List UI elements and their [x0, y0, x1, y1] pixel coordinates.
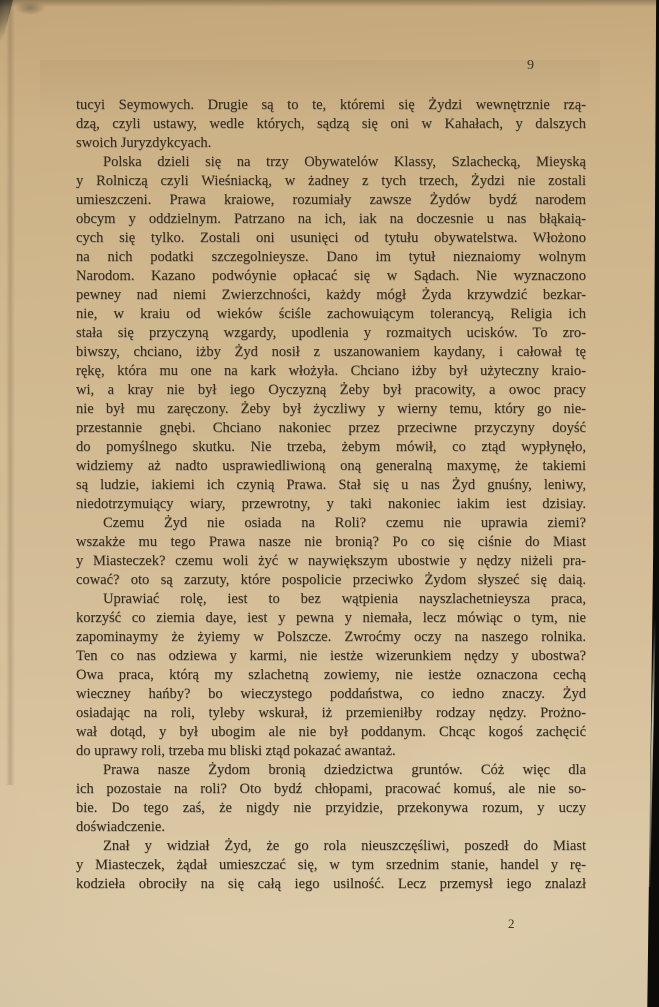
scanned-page: 9 tucyi Seymowych. Drugie są to te, któr…: [0, 0, 659, 1007]
page-number-bottom: 2: [508, 916, 515, 932]
text-line: korzyść co ziemia daye, iest y pewna y n…: [76, 609, 586, 628]
text-line: do pomyślnego skutku. Nie trzeba, żebym …: [76, 438, 586, 457]
text-line: niedotrzymuiący wiary, przewrotny, y tak…: [76, 495, 586, 514]
text-line: Owa praca, którą my szlachetną zowiemy, …: [76, 666, 586, 685]
text-line: dzą, czyli ustawy, wedle których, sądzą …: [76, 115, 586, 134]
scan-edge-shadow-top: [0, 0, 659, 7]
text-line: cych się tylko. Zostali oni usunięci od …: [76, 229, 586, 248]
text-line: biwszy, chciano, iżby Żyd nosił z uszano…: [76, 343, 586, 362]
text-line: kodzieła obrociły na się całą iego usiln…: [76, 875, 586, 894]
text-line: wieczney hańby? bo wieczystego poddaństw…: [76, 685, 586, 704]
text-line: umieszczeni. Prawa kraiowe, rozumiały za…: [76, 191, 586, 210]
text-line: Polska dzieli się na trzy Obywatelów Kla…: [76, 153, 586, 172]
text-line: nie był mu zaręczony. Żeby był życzliwy …: [76, 400, 586, 419]
text-line: cować? oto są zarzuty, które pospolicie …: [76, 571, 586, 590]
page-crease: [6, 0, 15, 785]
text-line: swoich Juryzdykcyach.: [76, 134, 586, 153]
text-line: zapominaymy że żyiemy w Polszcze. Zwroćm…: [76, 628, 586, 647]
text-line: Prawa nasze Żydom bronią dziedzictwa gru…: [76, 761, 586, 780]
text-line: bie. Do tego zaś, że nigdy nie przyidzie…: [76, 799, 586, 818]
text-line: Czemu Żyd nie osiada na Roli? czemu nie …: [76, 514, 586, 533]
text-line: przestannie gnębi. Chciano nakoniec prze…: [76, 419, 586, 438]
text-line: na nich podatki szczegolnieysze. Dano im…: [76, 248, 586, 267]
text-line: rękę, która mu one na kark włożyła. Chci…: [76, 362, 586, 381]
text-line: Znał y widział Żyd, że go rola nieuszczę…: [76, 837, 586, 856]
text-line: ich pozostaie na roli? Oto bydź chłopami…: [76, 780, 586, 799]
text-line: Uprawiać rolę, iest to bez wątpienia nay…: [76, 590, 586, 609]
text-line: pewney nad niemi Zwierzchności, każdy mó…: [76, 286, 586, 305]
page-number-top: 9: [527, 58, 534, 74]
text-line: y Miasteczek? czemu woli żyć w naywiększ…: [76, 552, 586, 571]
text-line: są ludzie, iakiemi ich czynią Prawa. Sta…: [76, 476, 586, 495]
text-line: do uprawy roli, trzeba mu bliski ztąd po…: [76, 742, 586, 761]
text-line: widziemy aż nadto usprawiedliwioną oną g…: [76, 457, 586, 476]
text-column: tucyi Seymowych. Drugie są to te, którem…: [76, 96, 586, 894]
text-line: osiadając na roli, tyleby wskurał, iż pr…: [76, 704, 586, 723]
text-line: obcym y oddzielnym. Patrzano na ich, iak…: [76, 210, 586, 229]
ink-smudge: [15, 1, 45, 15]
text-line: tucyi Seymowych. Drugie są to te, którem…: [76, 96, 586, 115]
text-line: Ten co nas odziewa y karmi, nie iestże w…: [76, 647, 586, 666]
text-line: y Miasteczek, żądał umieszczać się, w ty…: [76, 856, 586, 875]
text-line: Narodom. Kazano podwóynie opłacać się w …: [76, 267, 586, 286]
text-line: nie, w kraiu od wieków ściśle zachowuiąc…: [76, 305, 586, 324]
text-line: stała się przyczyną wzgardy, upodlenia y…: [76, 324, 586, 343]
text-line: wi, a kray nie był iego Oyczyzną Żeby by…: [76, 381, 586, 400]
text-line: wał dotąd, y był ubogim ale nie był podd…: [76, 723, 586, 742]
text-line: doświadczenie.: [76, 818, 586, 837]
text-line: wszakże mu tego Prawa nasze nie bronią? …: [76, 533, 586, 552]
text-line: y Rolniczą czyli Wieśniacką, w żadney z …: [76, 172, 586, 191]
